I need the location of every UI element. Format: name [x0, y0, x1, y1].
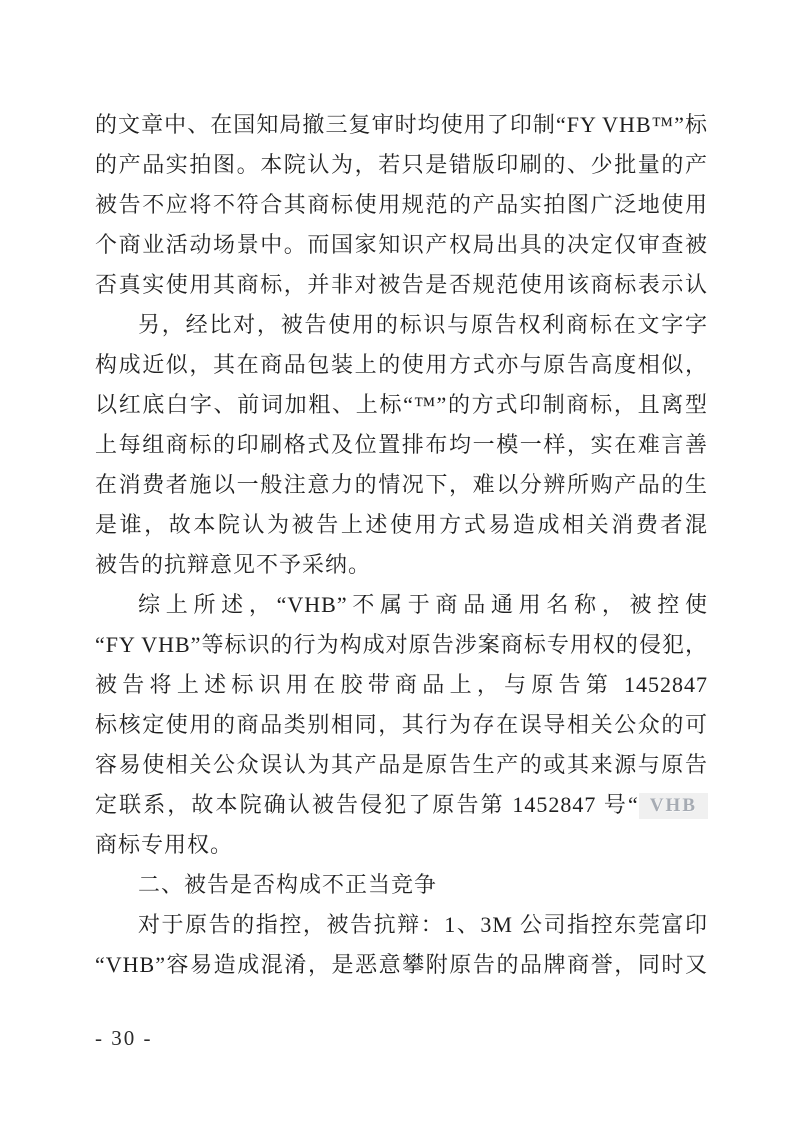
- text-line: “VHB”容易造成混淆，是恶意攀附原告的品牌商誉，同时又指控: [95, 945, 708, 985]
- text-line: 对于原告的指控，被告抗辩：1、3M 公司指控东莞富印使用: [95, 905, 708, 945]
- text-line: 容易使相关公众误认为其产品是原告生产的或其来源与原告有特: [95, 745, 708, 785]
- text-segment: 定联系，故本院确认被告侵犯了原告第 1452847 号“: [95, 792, 639, 817]
- text-line: 否真实使用其商标，并非对被告是否规范使用该商标表示认可。: [95, 265, 708, 305]
- text-line: 在消费者施以一般注意力的情况下，难以分辨所购产品的生产商: [95, 465, 708, 505]
- page-number: - 30 -: [95, 1026, 153, 1051]
- text-line-with-trademark-image: 定联系，故本院确认被告侵犯了原告第 1452847 号“VHB”注册: [95, 785, 708, 825]
- text-line: 综上所述，“VHB”不属于商品通用名称，被控使用“VHB”“vhb”: [95, 585, 708, 625]
- text-line: “FY VHB”等标识的行为构成对原告涉案商标专用权的侵犯，且: [95, 625, 708, 665]
- text-line: 商标专用权。: [95, 825, 708, 865]
- text-line: 以红底白字、前词加粗、上标“™”的方式印制商标，且离型纸: [95, 385, 708, 425]
- vhb-trademark-image: VHB: [639, 793, 708, 819]
- text-line: 上每组商标的印刷格式及位置排布均一模一样，实在难言善意。: [95, 425, 708, 465]
- text-line: 个商业活动场景中。而国家知识产权局出具的决定仅审查被告是: [95, 225, 708, 265]
- judgment-text-block: 的文章中、在国知局撤三复审时均使用了印制“FY VHB™”标识 的产品实拍图。本…: [95, 105, 708, 985]
- document-page: 的文章中、在国知局撤三复审时均使用了印制“FY VHB™”标识 的产品实拍图。本…: [0, 0, 794, 1123]
- text-line: 标核定使用的商品类别相同，其行为存在误导相关公众的可能性，: [95, 705, 708, 745]
- text-line: 的文章中、在国知局撤三复审时均使用了印制“FY VHB™”标识: [95, 105, 708, 145]
- text-line: 被告的抗辩意见不予采纳。: [95, 545, 708, 585]
- text-line: 的产品实拍图。本院认为，若只是错版印刷的、少批量的产品，: [95, 145, 708, 185]
- text-line: 另，经比对，被告使用的标识与原告权利商标在文字字形上: [95, 305, 708, 345]
- text-line: 被告不应将不符合其商标使用规范的产品实拍图广泛地使用在多: [95, 185, 708, 225]
- text-line: 被告将上述标识用在胶带商品上，与原告第 1452847 号“VHB”商: [95, 665, 708, 705]
- text-line: 构成近似，其在商品包装上的使用方式亦与原告高度相似，均是: [95, 345, 708, 385]
- section-heading-line: 二、被告是否构成不正当竞争: [95, 865, 708, 905]
- text-line: 是谁，故本院认为被告上述使用方式易造成相关消费者混淆，对: [95, 505, 708, 545]
